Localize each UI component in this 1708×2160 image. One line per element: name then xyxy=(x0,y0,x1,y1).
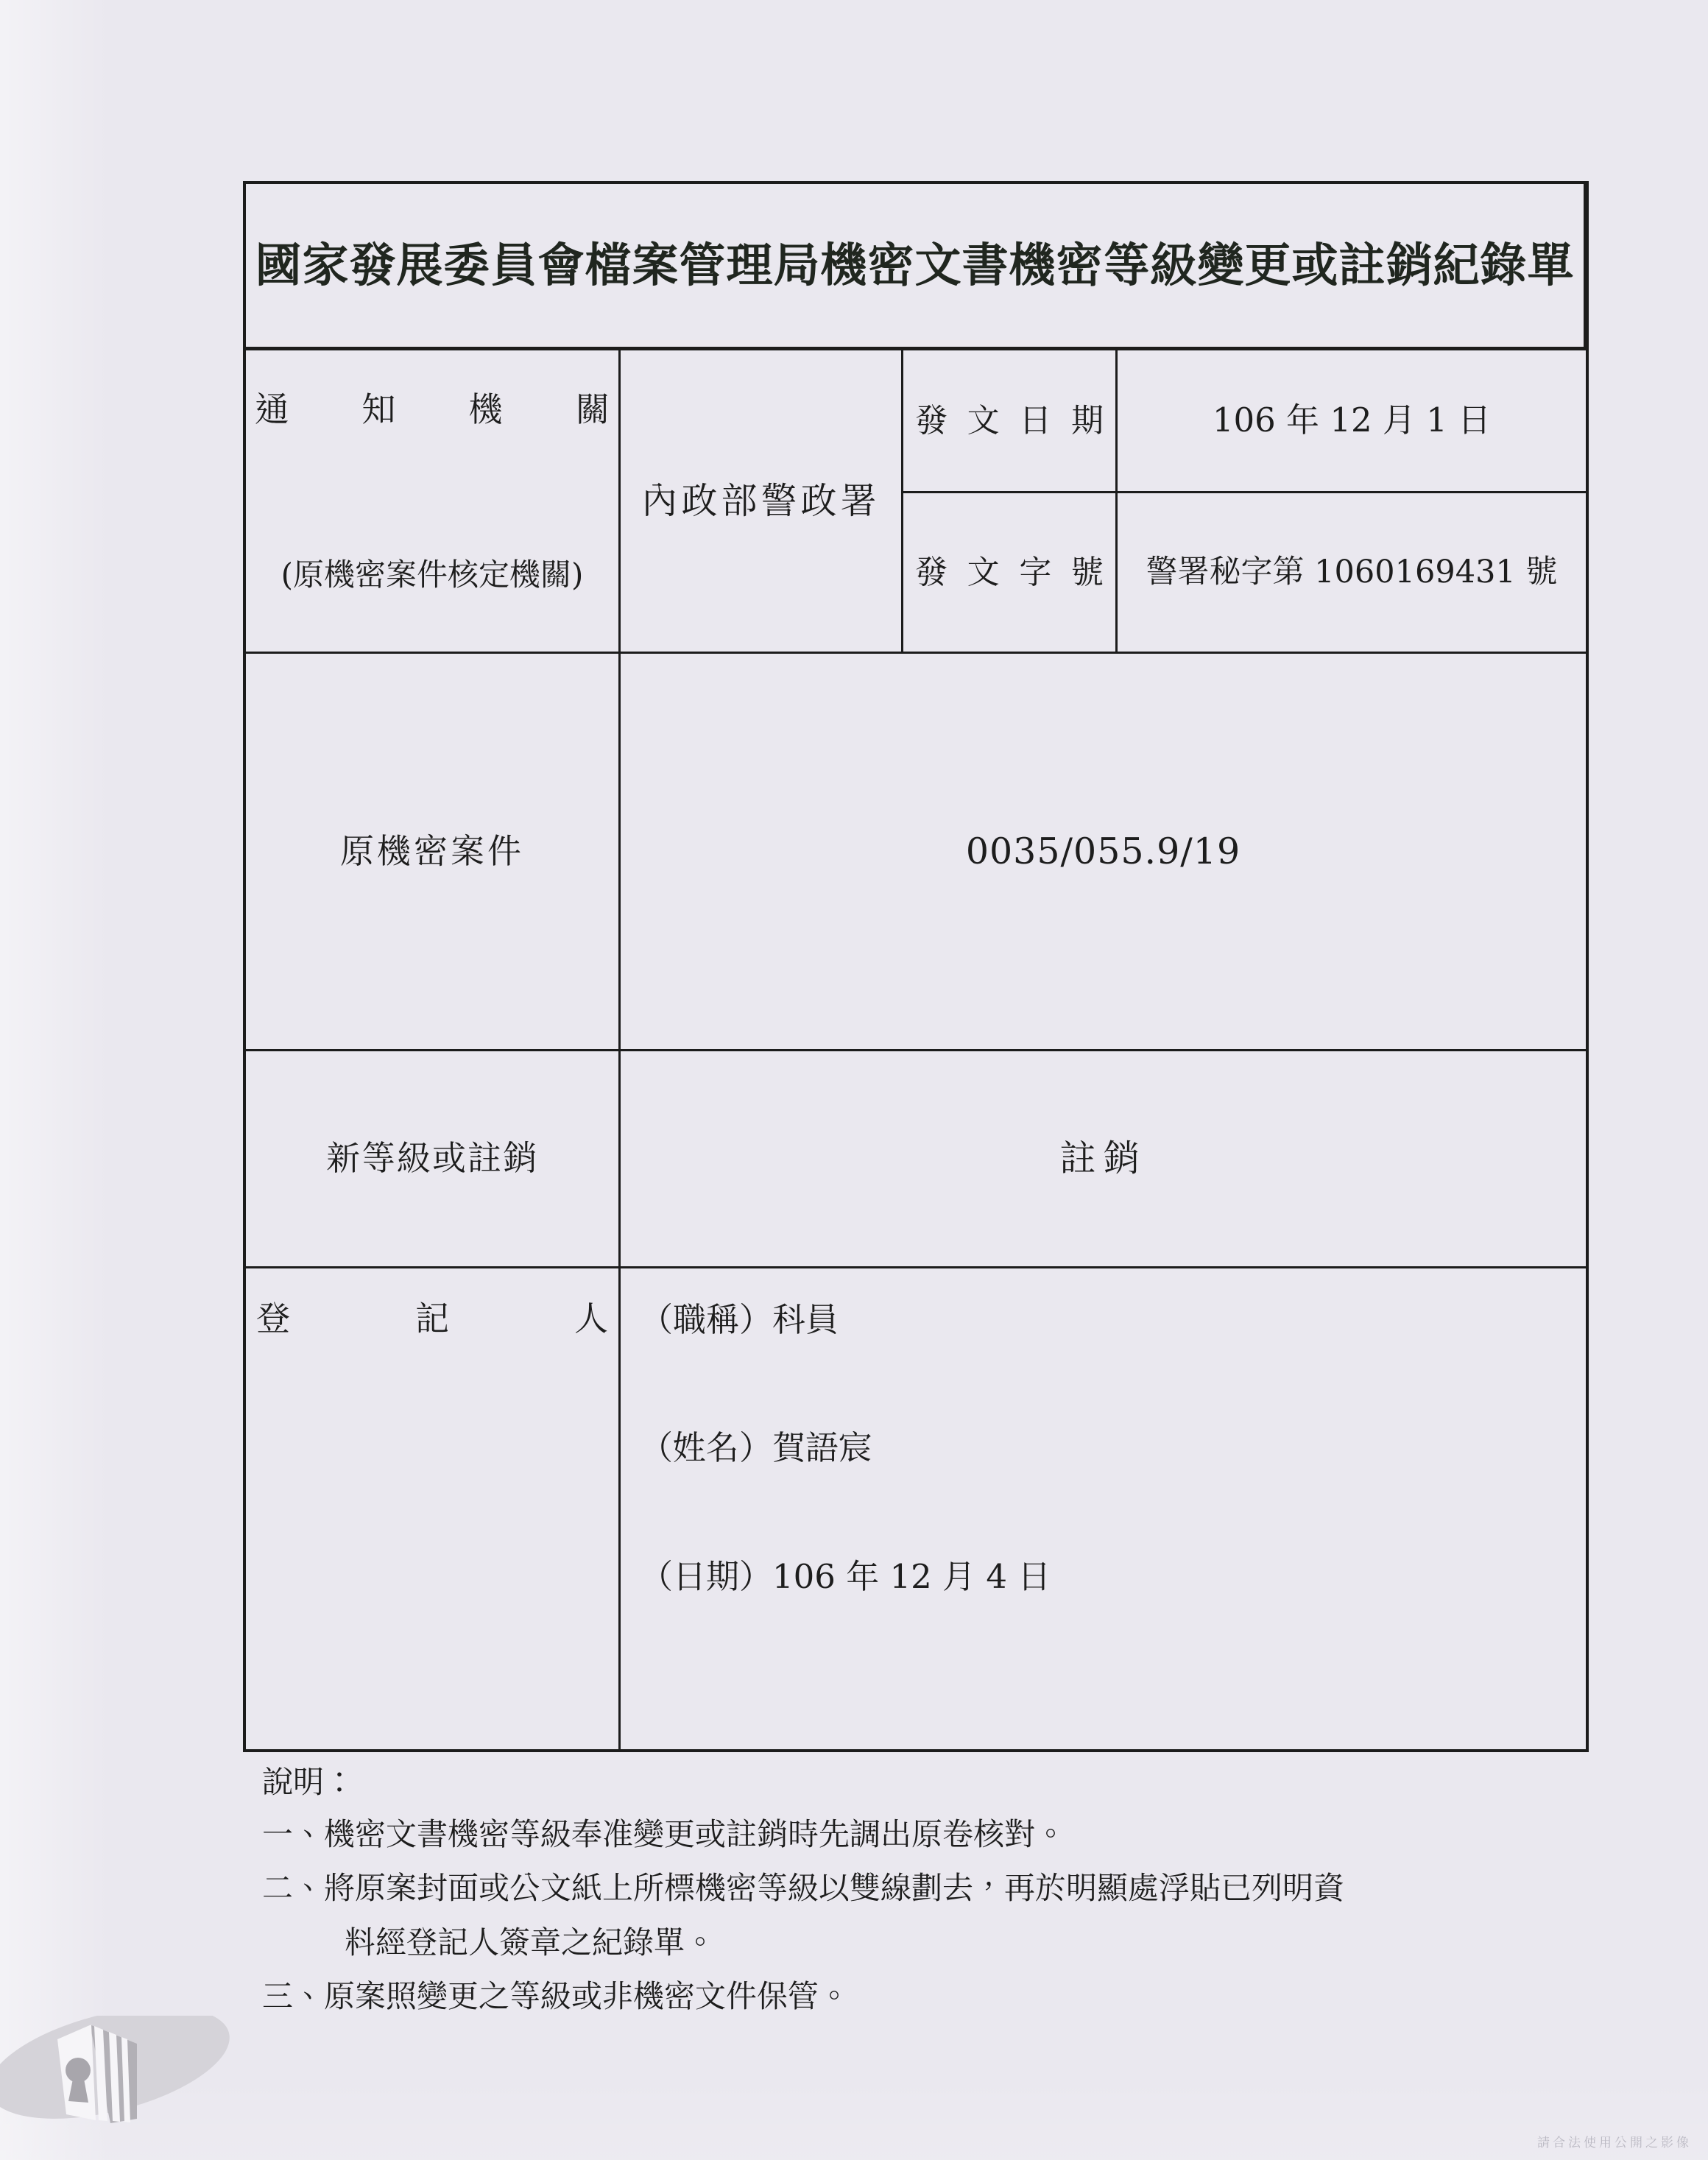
new-level-value: 註銷 xyxy=(621,1051,1586,1268)
registrant-value-cell: （職稱）科員 （姓名）賀語宸 （日期）106 年 12 月 4 日 xyxy=(621,1268,1586,1749)
issue-date-label-cell: 發文日期 xyxy=(903,350,1118,493)
registrant-name-line: （姓名）賀語宸 xyxy=(640,1427,872,1469)
notify-agency-value: 內政部警政署 xyxy=(621,350,903,654)
new-level-label: 新等級或註銷 xyxy=(246,1051,621,1268)
note-line-2-continuation: 料經登記人簽章之紀錄單。 xyxy=(262,1923,1631,1963)
notify-agency-label: 通知機關 xyxy=(255,389,610,431)
original-case-label: 原機密案件 xyxy=(246,654,621,1051)
registrant-date-line: （日期）106 年 12 月 4 日 xyxy=(640,1556,1051,1598)
issue-date-value: 106 年 12 月 1 日 xyxy=(1118,350,1586,493)
notify-agency-label-cell: 通知機關 (原機密案件核定機關) xyxy=(246,350,621,654)
notes-heading: 說明： xyxy=(262,1762,1631,1803)
issue-number-value: 警署秘字第 1060169431 號 xyxy=(1118,493,1586,654)
note-line-3: 三、原案照變更之等級或非機密文件保管。 xyxy=(262,1977,1631,2017)
registrant-label: 登記人 xyxy=(256,1298,608,1341)
note-line-2: 二、將原案封面或公文紙上所標機密等級以雙線劃去，再於明顯處浮貼已列明資 xyxy=(262,1868,1631,1909)
issue-number-label-cell: 發文字號 xyxy=(903,493,1118,654)
archives-logo xyxy=(0,2016,324,2160)
document-title: 國家發展委員會檔案管理局機密文書機密等級變更或註銷紀錄單 xyxy=(246,184,1586,350)
registrant-title-line: （職稱）科員 xyxy=(640,1299,839,1341)
issue-number-label: 發文字號 xyxy=(915,552,1104,593)
copyright-watermark: 請合法使用公開之影像 xyxy=(1537,2132,1692,2150)
archives-book-keyhole-logo xyxy=(0,2016,324,2160)
record-table: 國家發展委員會檔案管理局機密文書機密等級變更或註銷紀錄單 通知機關 (原機密案件… xyxy=(243,181,1589,1752)
note-line-1: 一、機密文書機密等級奉准變更或註銷時先調出原卷核對。 xyxy=(262,1815,1631,1855)
issue-date-label: 發文日期 xyxy=(915,400,1104,441)
notes-section: 說明： 一、機密文書機密等級奉准變更或註銷時先調出原卷核對。 二、將原案封面或公… xyxy=(262,1762,1631,2031)
registrant-label-cell: 登記人 xyxy=(246,1268,621,1749)
original-case-value: 0035/055.9/19 xyxy=(621,654,1586,1051)
scanned-document: { "document": { "title": "國家發展委員會檔案管理局機密… xyxy=(0,0,1708,2160)
notify-agency-sublabel: (原機密案件核定機關) xyxy=(255,556,610,595)
